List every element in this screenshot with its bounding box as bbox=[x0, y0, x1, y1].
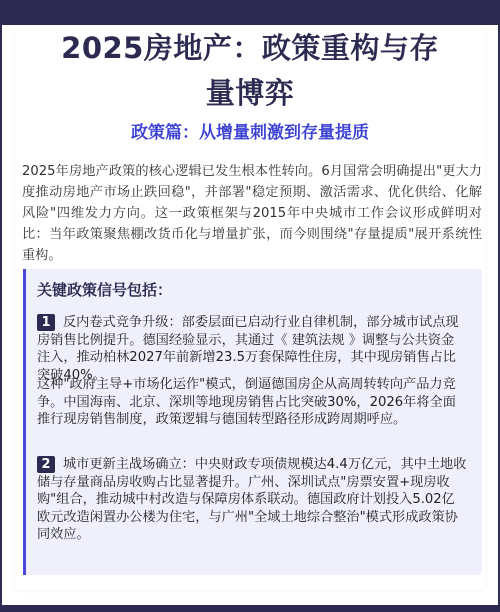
key-signals-callout: 关键政策信号包括： 1反内卷式竞争升级：部委层面已启动行业自律机制，部分城市试点… bbox=[23, 269, 482, 575]
callout-heading: 关键政策信号包括： bbox=[37, 279, 172, 301]
intro-paragraph: 2025年房地产政策的核心逻辑已发生根本性转向。6月国常会明确提出"更大力度推动… bbox=[22, 161, 482, 266]
signal-item-1: 1反内卷式竞争升级：部委层面已启动行业自律机制，部分城市试点现房销售比例提升。德… bbox=[37, 314, 467, 384]
signal-2-text: 城市更新主战场确立：中央财政专项债规模达4.4万亿元，其中土地收储与存量商品房收… bbox=[37, 457, 466, 542]
signal-1-text: 反内卷式竞争升级：部委层面已启动行业自律机制，部分城市试点现房销售比例提升。德国… bbox=[37, 315, 459, 383]
signal-item-2: 2城市更新主战场确立：中央财政专项债规模达4.4万亿元，其中土地收储与存量商品房… bbox=[37, 456, 467, 544]
section-subtitle: 政策篇：从增量刺激到存量提质 bbox=[2, 120, 498, 146]
page-title-line2: 量博弈 bbox=[2, 71, 498, 116]
page-title: 2025房地产：政策重构与存 量博弈 bbox=[2, 26, 498, 116]
number-badge-2: 2 bbox=[37, 456, 55, 473]
number-badge-1: 1 bbox=[37, 314, 55, 331]
page-title-line1: 2025房地产：政策重构与存 bbox=[61, 31, 439, 65]
document-frame: 2025房地产：政策重构与存 量博弈 政策篇：从增量刺激到存量提质 2025年房… bbox=[2, 25, 498, 605]
signal-item-1-followup: 这种"政府主导+市场化运作"模式，倒逼德国房企从高周转转向产品力竞争。中国海南、… bbox=[37, 376, 467, 429]
